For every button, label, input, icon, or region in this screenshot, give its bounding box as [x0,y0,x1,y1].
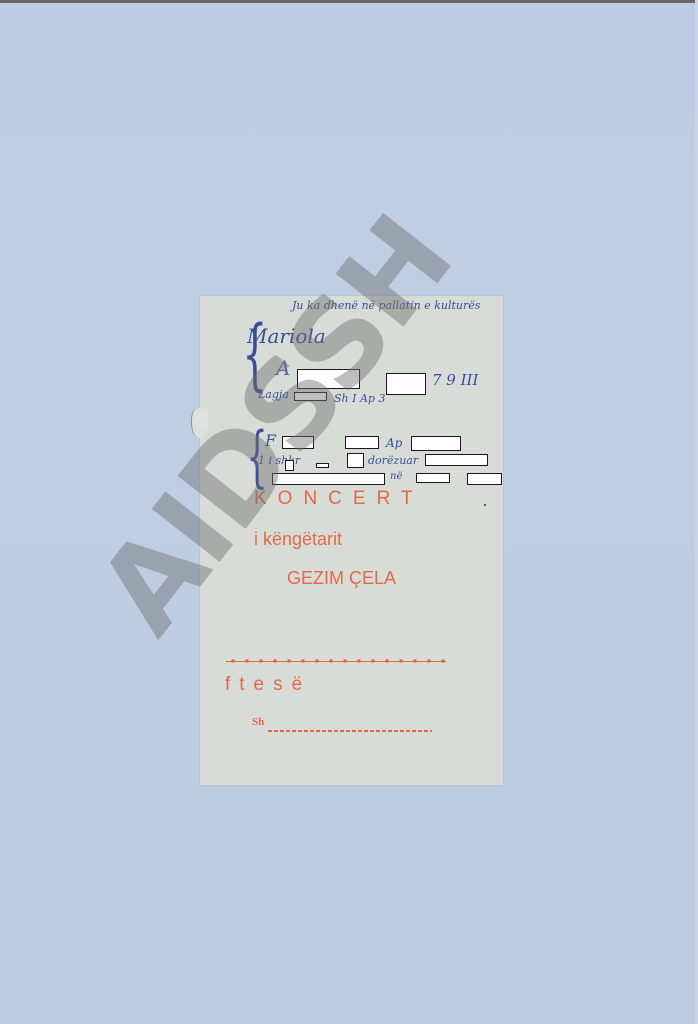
redaction-box [272,473,385,485]
ink-speck [484,504,486,506]
seat-fill-line [268,730,432,732]
redaction-box [285,460,294,471]
singer-subtitle: i këngëtarit [254,529,342,550]
handwritten-line-2: Mariola [247,324,326,348]
redaction-box [282,436,314,449]
handwritten-line-1: Ju ka dhenë në pallatin e kulturës [292,299,480,312]
seat-label: Sh [252,716,264,728]
redaction-box [316,463,329,468]
redaction-box [345,436,379,449]
handwritten-line-6-mid: Ap [386,436,402,450]
decorative-beaded-line [226,659,446,663]
invitation-card: { Ju ka dhenë në pallatin e kulturës Mar… [200,296,503,785]
redaction-box [297,369,360,389]
handwritten-line-8: në [390,471,402,482]
handwritten-line-4-suffix: 7 9 III [432,371,478,389]
redaction-box [347,453,364,468]
concert-title: KONCERT [254,488,424,510]
handwritten-line-5-suffix: Sh I Ap 3 [334,392,385,405]
invitation-label: ftesë [225,674,311,696]
redaction-box [411,436,461,451]
redaction-box [467,473,502,485]
scanner-top-edge [0,0,698,3]
redaction-box [386,373,426,395]
handwritten-line-3: A [276,356,290,380]
handwritten-line-6: F [265,431,276,450]
performer-name: GEZIM ÇELA [287,568,396,589]
redaction-box [425,454,488,466]
handwritten-line-5: Lagja [258,388,289,401]
handwritten-line-7-mid: dorëzuar [368,454,418,467]
redaction-box [416,473,450,483]
redaction-box [294,392,327,401]
